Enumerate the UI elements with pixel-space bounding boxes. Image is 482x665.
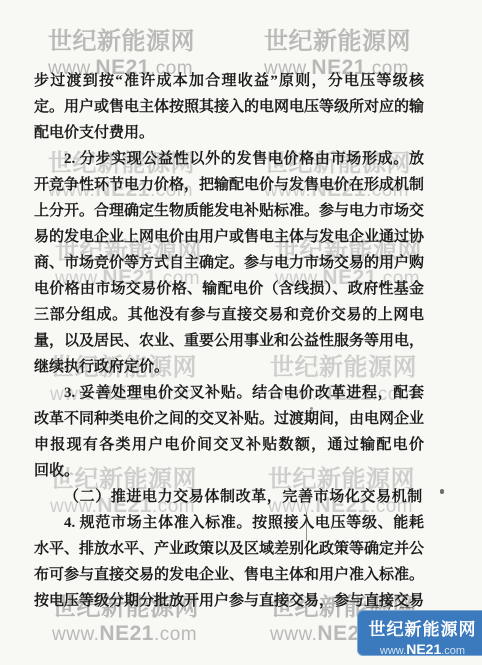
text-line: 3. 妥善处理电价交叉补贴。结合电价改革进程，配套 xyxy=(34,380,424,406)
text-line: 电价格由市场交易价格、输配电价（含线损）、政府性基金 xyxy=(34,276,424,302)
text-line: 4. 规范市场主体准入标准。按照接入电压等级、能耗 xyxy=(34,510,424,536)
text-line: 定。用户或售电主体按照其接入的电网电压等级所对应的输 xyxy=(34,94,424,120)
section-heading: （二）推进电力交易体制改革，完善市场化交易机制 xyxy=(34,484,424,510)
text-line: 开竞争性环节电力价格，把输配电价与发售电价在形成机制 xyxy=(34,172,424,198)
site-badge: 世纪新能源网 www.NE21.com xyxy=(357,610,482,656)
watermark-title: 世纪新能源网 xyxy=(264,30,424,54)
text-line: 配电价支付费用。 xyxy=(34,120,424,146)
scan-speck xyxy=(440,489,444,494)
text-line: 布可参与直接交易的发电企业、售电主体和用户准入标准。 xyxy=(34,562,424,588)
text-line: 水平、排放水平、产业政策以及区域差别化政策等确定并公 xyxy=(34,536,424,562)
text-line: 回收。 xyxy=(34,458,424,484)
watermark-url: www.NE21.com xyxy=(52,623,212,644)
text-line: 上分开。合理确定生物质能发电补贴标准。参与电力市场交 xyxy=(34,198,424,224)
document-text: 步过渡到按“准许成本加合理收益”原则，分电压等级核 定。用户或售电主体按照其接入… xyxy=(34,68,424,614)
text-line: 易的发电企业上网电价由用户或售电主体与发电企业通过协 xyxy=(34,224,424,250)
text-line: 商、市场竞价等方式自主确定。参与电力市场交易的用户购 xyxy=(34,250,424,276)
text-line: 2. 分步实现公益性以外的发售电价格由市场形成。放 xyxy=(34,146,424,172)
text-line: 量，以及居民、农业、重要公用事业和公益性服务等用电， xyxy=(34,328,424,354)
text-line: 三部分组成。其他没有参与直接交易和竞价交易的上网电 xyxy=(34,302,424,328)
scanned-page: 世纪新能源网www.NE21.com 世纪新能源网www.NE21.com 世纪… xyxy=(0,0,482,665)
site-badge-title: 世纪新能源网 xyxy=(357,615,482,640)
text-line: 改革不同种类电价之间的交叉补贴。过渡期间，由电网企业 xyxy=(34,406,424,432)
scan-speck xyxy=(310,407,313,410)
text-line: 步过渡到按“准许成本加合理收益”原则，分电压等级核 xyxy=(34,68,424,94)
text-line: 继续执行政府定价。 xyxy=(34,354,424,380)
watermark-title: 世纪新能源网 xyxy=(48,30,208,54)
site-badge-url: www.NE21.com xyxy=(357,641,482,657)
scan-crease-line xyxy=(306,512,307,541)
text-line: 申报现有各类用户电价间交叉补贴数额，通过输配电价 xyxy=(34,432,424,458)
